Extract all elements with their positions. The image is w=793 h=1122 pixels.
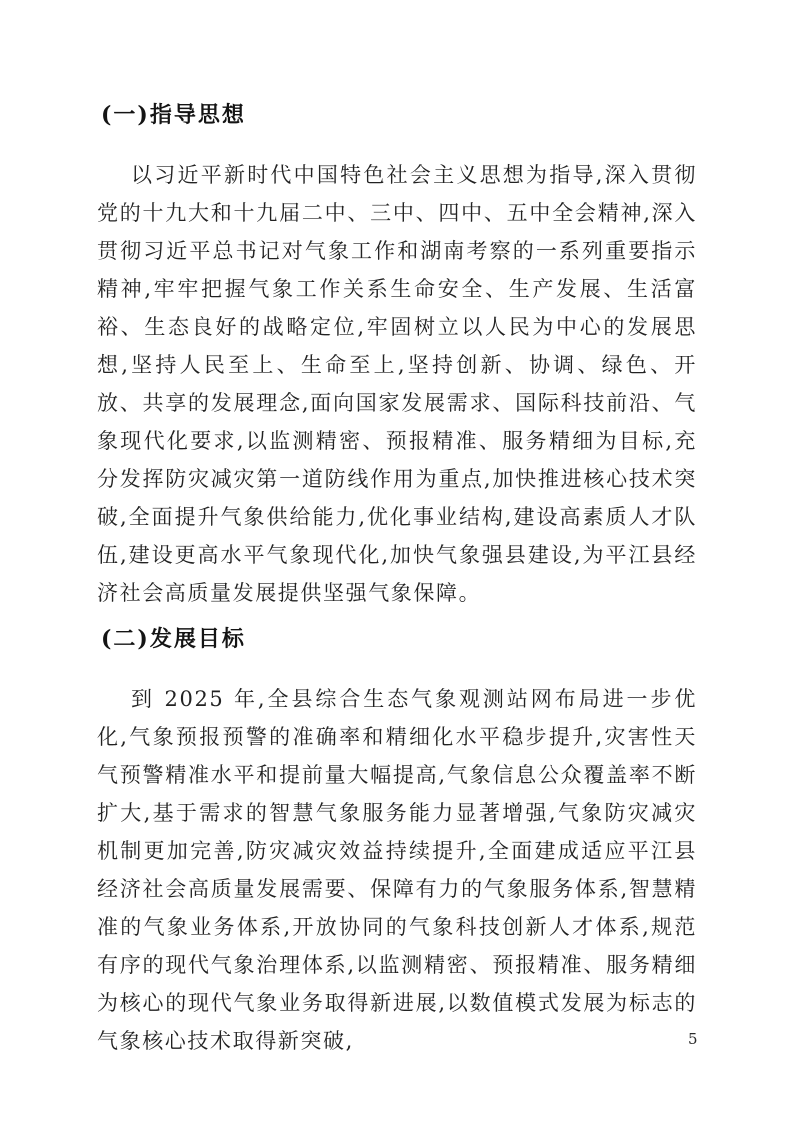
section-development-goals: (二)发展目标 到 2025 年,全县综合生态气象观测站网布局进一步优化,气象预… <box>97 624 697 1060</box>
section-guiding-ideology: (一)指导思想 以习近平新时代中国特色社会主义思想为指导,深入贯彻党的十九大和十… <box>97 100 697 612</box>
paragraph-development-goals: 到 2025 年,全县综合生态气象观测站网布局进一步优化,气象预报预警的准确率和… <box>97 680 697 1060</box>
section-heading-guiding-ideology: (一)指导思想 <box>101 100 697 130</box>
section-heading-development-goals: (二)发展目标 <box>101 624 697 654</box>
document-page: (一)指导思想 以习近平新时代中国特色社会主义思想为指导,深入贯彻党的十九大和十… <box>0 0 793 1122</box>
page-number: 5 <box>688 1030 698 1048</box>
paragraph-guiding-ideology: 以习近平新时代中国特色社会主义思想为指导,深入贯彻党的十九大和十九届二中、三中、… <box>97 156 697 612</box>
